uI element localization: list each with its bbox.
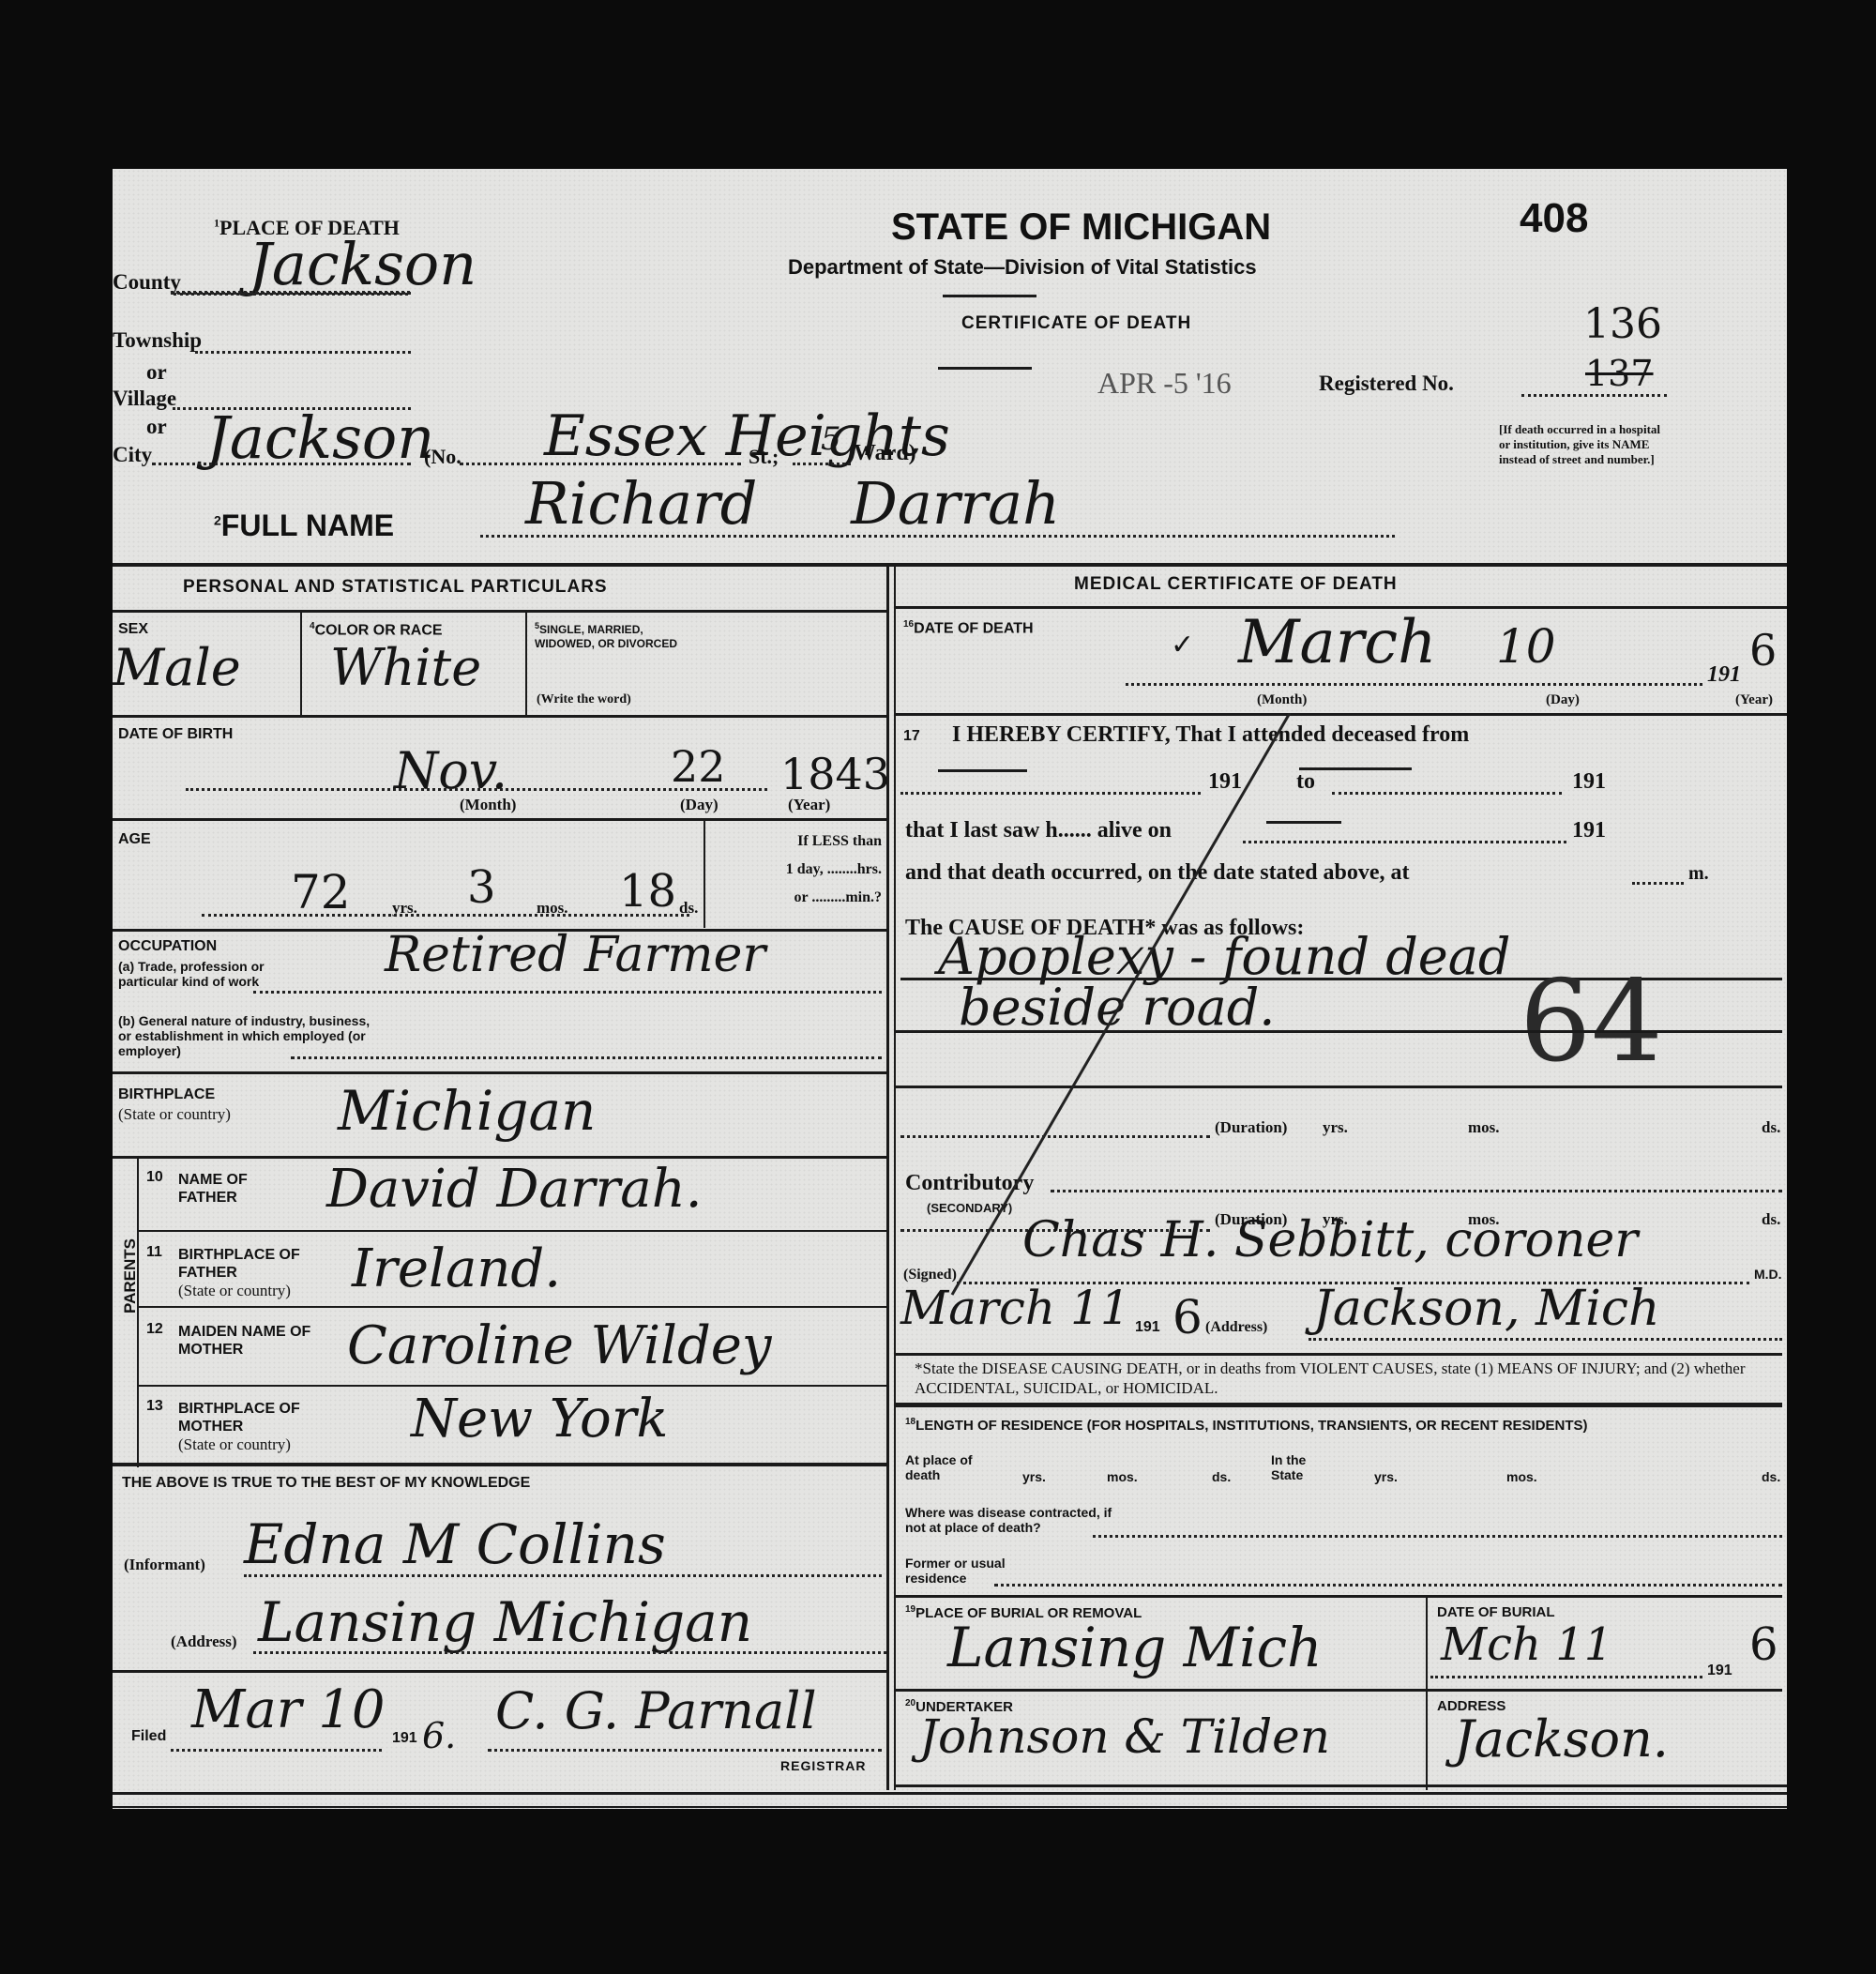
physician-address-value: Jackson, Mich <box>1313 1281 1660 1337</box>
residence-title: 18LENGTH OF RESIDENCE (FOR HOSPITALS, IN… <box>905 1413 1782 1435</box>
dod-check: ✓ <box>1171 629 1194 661</box>
father-name-label: NAME OF FATHER <box>178 1171 291 1207</box>
cause-footnote: *State the DISEASE CAUSING DEATH, or in … <box>915 1359 1778 1398</box>
mother-birthplace-value: New York <box>411 1389 668 1450</box>
age-label: AGE <box>118 831 151 848</box>
file-number: 408 <box>1520 195 1588 242</box>
dod-day: 10 <box>1496 619 1556 674</box>
medical-section-title: MEDICAL CERTIFICATE OF DEATH <box>1074 574 1398 595</box>
age-years: 72 <box>291 865 351 919</box>
filed-year-prefix: 191 <box>392 1730 417 1747</box>
ds-label: ds. <box>1762 1469 1780 1484</box>
marital-hint: (Write the word) <box>537 692 631 707</box>
informant-address-label: (Address) <box>171 1632 237 1651</box>
city-label: City <box>113 443 152 467</box>
full-name-value: Richard Darrah <box>525 469 1060 538</box>
hospital-note: [If death occurred in a hospital or inst… <box>1499 422 1664 467</box>
ward-label: Ward) <box>854 441 916 466</box>
contracted-label: Where was disease contracted, if not at … <box>905 1505 1130 1535</box>
md-label: M.D. <box>1754 1267 1782 1282</box>
occupation-value: Retired Farmer <box>385 927 765 983</box>
day-caption: (Day) <box>1546 692 1580 708</box>
color-value: White <box>330 638 481 697</box>
department-title: Department of State—Division of Vital St… <box>788 255 1257 280</box>
color-label: 4COLOR OR RACE <box>310 621 443 639</box>
occupation-label: OCCUPATION <box>118 938 217 955</box>
village-label: Village <box>113 387 176 411</box>
ds-label: ds. <box>1762 1118 1780 1137</box>
age-days: 18 <box>619 865 676 918</box>
dod-year-prefix: 191 <box>1707 662 1741 688</box>
mother-birthplace-number: 13 <box>146 1398 163 1415</box>
father-birthplace-label: BIRTHPLACE OF FATHER <box>178 1246 310 1282</box>
filed-date: Mar 10 <box>191 1679 386 1740</box>
mos-label: mos. <box>1107 1469 1138 1484</box>
undertaker-value: Johnson & Tilden <box>919 1709 1330 1764</box>
registered-number-struck: 137 <box>1585 353 1654 394</box>
informant-statement: THE ABOVE IS TRUE TO THE BEST OF MY KNOW… <box>122 1475 530 1492</box>
burial-year-suffix: 6 <box>1749 1618 1778 1671</box>
marital-label: 5SINGLE, MARRIED, WIDOWED, OR DIVORCED <box>535 619 685 651</box>
month-caption: (Month) <box>1257 692 1307 708</box>
to-year: 191 <box>1572 769 1606 795</box>
burial-year-prefix: 191 <box>1707 1663 1732 1679</box>
township-label: Township <box>113 328 202 353</box>
burial-place-value: Lansing Mich <box>947 1616 1322 1679</box>
physician-address-label: (Address) <box>1205 1319 1267 1336</box>
dod-year-suffix: 6 <box>1749 625 1777 676</box>
month-caption: (Month) <box>460 796 516 814</box>
sex-label: SEX <box>118 621 148 638</box>
dod-month: March <box>1238 608 1436 677</box>
dod-label: 16DATE OF DEATH <box>903 619 1034 637</box>
diagonal-strike-mark <box>896 713 1318 1313</box>
signed-year-prefix: 191 <box>1135 1319 1160 1336</box>
street-no-label: (No. <box>424 445 461 469</box>
year-caption: (Year) <box>1735 692 1773 708</box>
registered-number: 136 <box>1583 300 1662 348</box>
occurred-m: m. <box>1688 863 1709 885</box>
last-saw-year: 191 <box>1572 818 1606 843</box>
state-title: STATE OF MICHIGAN <box>891 206 1271 249</box>
ds-label: ds. <box>1212 1469 1231 1484</box>
filed-year-suffix: 6. <box>422 1715 456 1756</box>
mos-label: mos. <box>1506 1469 1537 1484</box>
burial-date-value: Mch 11 <box>1441 1618 1612 1671</box>
certificate-title: CERTIFICATE OF DEATH <box>961 313 1191 334</box>
ward-value: 5 <box>821 420 841 458</box>
father-number: 10 <box>146 1169 163 1186</box>
dob-month: Nov. <box>394 741 507 800</box>
year-caption: (Year) <box>788 796 830 814</box>
received-stamp: APR -5 '16 <box>1097 366 1232 401</box>
yrs-label: yrs. <box>1374 1469 1398 1484</box>
parents-side-label: PARENTS <box>121 1234 140 1318</box>
informant-value: Edna M Collins <box>244 1512 666 1576</box>
full-name-label: 2FULL NAME <box>214 509 394 543</box>
father-name-value: David Darrah. <box>326 1159 703 1220</box>
birthplace-hint: (State or country) <box>118 1105 231 1124</box>
dob-label: DATE OF BIRTH <box>118 726 233 743</box>
mother-name-value: Caroline Wildey <box>347 1315 772 1376</box>
age-months: 3 <box>467 861 496 914</box>
mos-label: mos. <box>1468 1118 1500 1137</box>
filed-label: Filed <box>131 1728 166 1745</box>
or-label: or <box>146 360 167 385</box>
cause-code: 64 <box>1520 957 1663 1087</box>
father-birthplace-number: 11 <box>146 1244 162 1261</box>
ds-label: ds. <box>1762 1210 1780 1229</box>
registrar-signature: C. G. Parnall <box>495 1681 817 1740</box>
mother-birthplace-label: BIRTHPLACE OF MOTHER <box>178 1400 310 1435</box>
dob-day: 22 <box>671 741 726 792</box>
mother-name-label: MAIDEN NAME OF MOTHER <box>178 1323 328 1359</box>
in-state-label: In the State <box>1271 1452 1337 1482</box>
or-label: or <box>146 415 167 439</box>
registered-no-label: Registered No. <box>1319 372 1454 396</box>
occupation-a-label: (a) Trade, profession or particular kind… <box>118 959 287 989</box>
occupation-b-label: (b) General nature of industry, business… <box>118 1013 381 1058</box>
county-value: Jackson <box>249 230 477 298</box>
day-caption: (Day) <box>680 796 719 814</box>
personal-section-title: PERSONAL AND STATISTICAL PARTICULARS <box>183 577 608 598</box>
death-certificate: 1PLACE OF DEATH County Jackson Township … <box>113 169 1787 1809</box>
father-birthplace-value: Ireland. <box>352 1238 561 1299</box>
mother-number: 12 <box>146 1321 163 1338</box>
street-st-label: St.; <box>749 445 779 469</box>
birthplace-label: BIRTHPLACE <box>118 1086 215 1103</box>
undertaker-address-value: Jackson. <box>1454 1709 1669 1769</box>
yrs-label: yrs. <box>1323 1118 1348 1137</box>
registrar-label: REGISTRAR <box>780 1758 866 1773</box>
mother-birthplace-hint: (State or country) <box>178 1435 291 1454</box>
less-than-day: If LESS than 1 day, ........hrs. or ....… <box>713 828 882 912</box>
former-residence-label: Former or usual residence <box>905 1556 1036 1586</box>
informant-label: (Informant) <box>124 1556 205 1574</box>
birthplace-value: Michigan <box>338 1079 596 1143</box>
sex-value: Male <box>113 638 241 697</box>
yrs-label: yrs. <box>1022 1469 1046 1484</box>
father-birthplace-hint: (State or country) <box>178 1282 291 1300</box>
informant-address-value: Lansing Michigan <box>258 1590 752 1654</box>
dob-year: 1843 <box>780 749 890 799</box>
at-place-label: At place of death <box>905 1452 990 1482</box>
